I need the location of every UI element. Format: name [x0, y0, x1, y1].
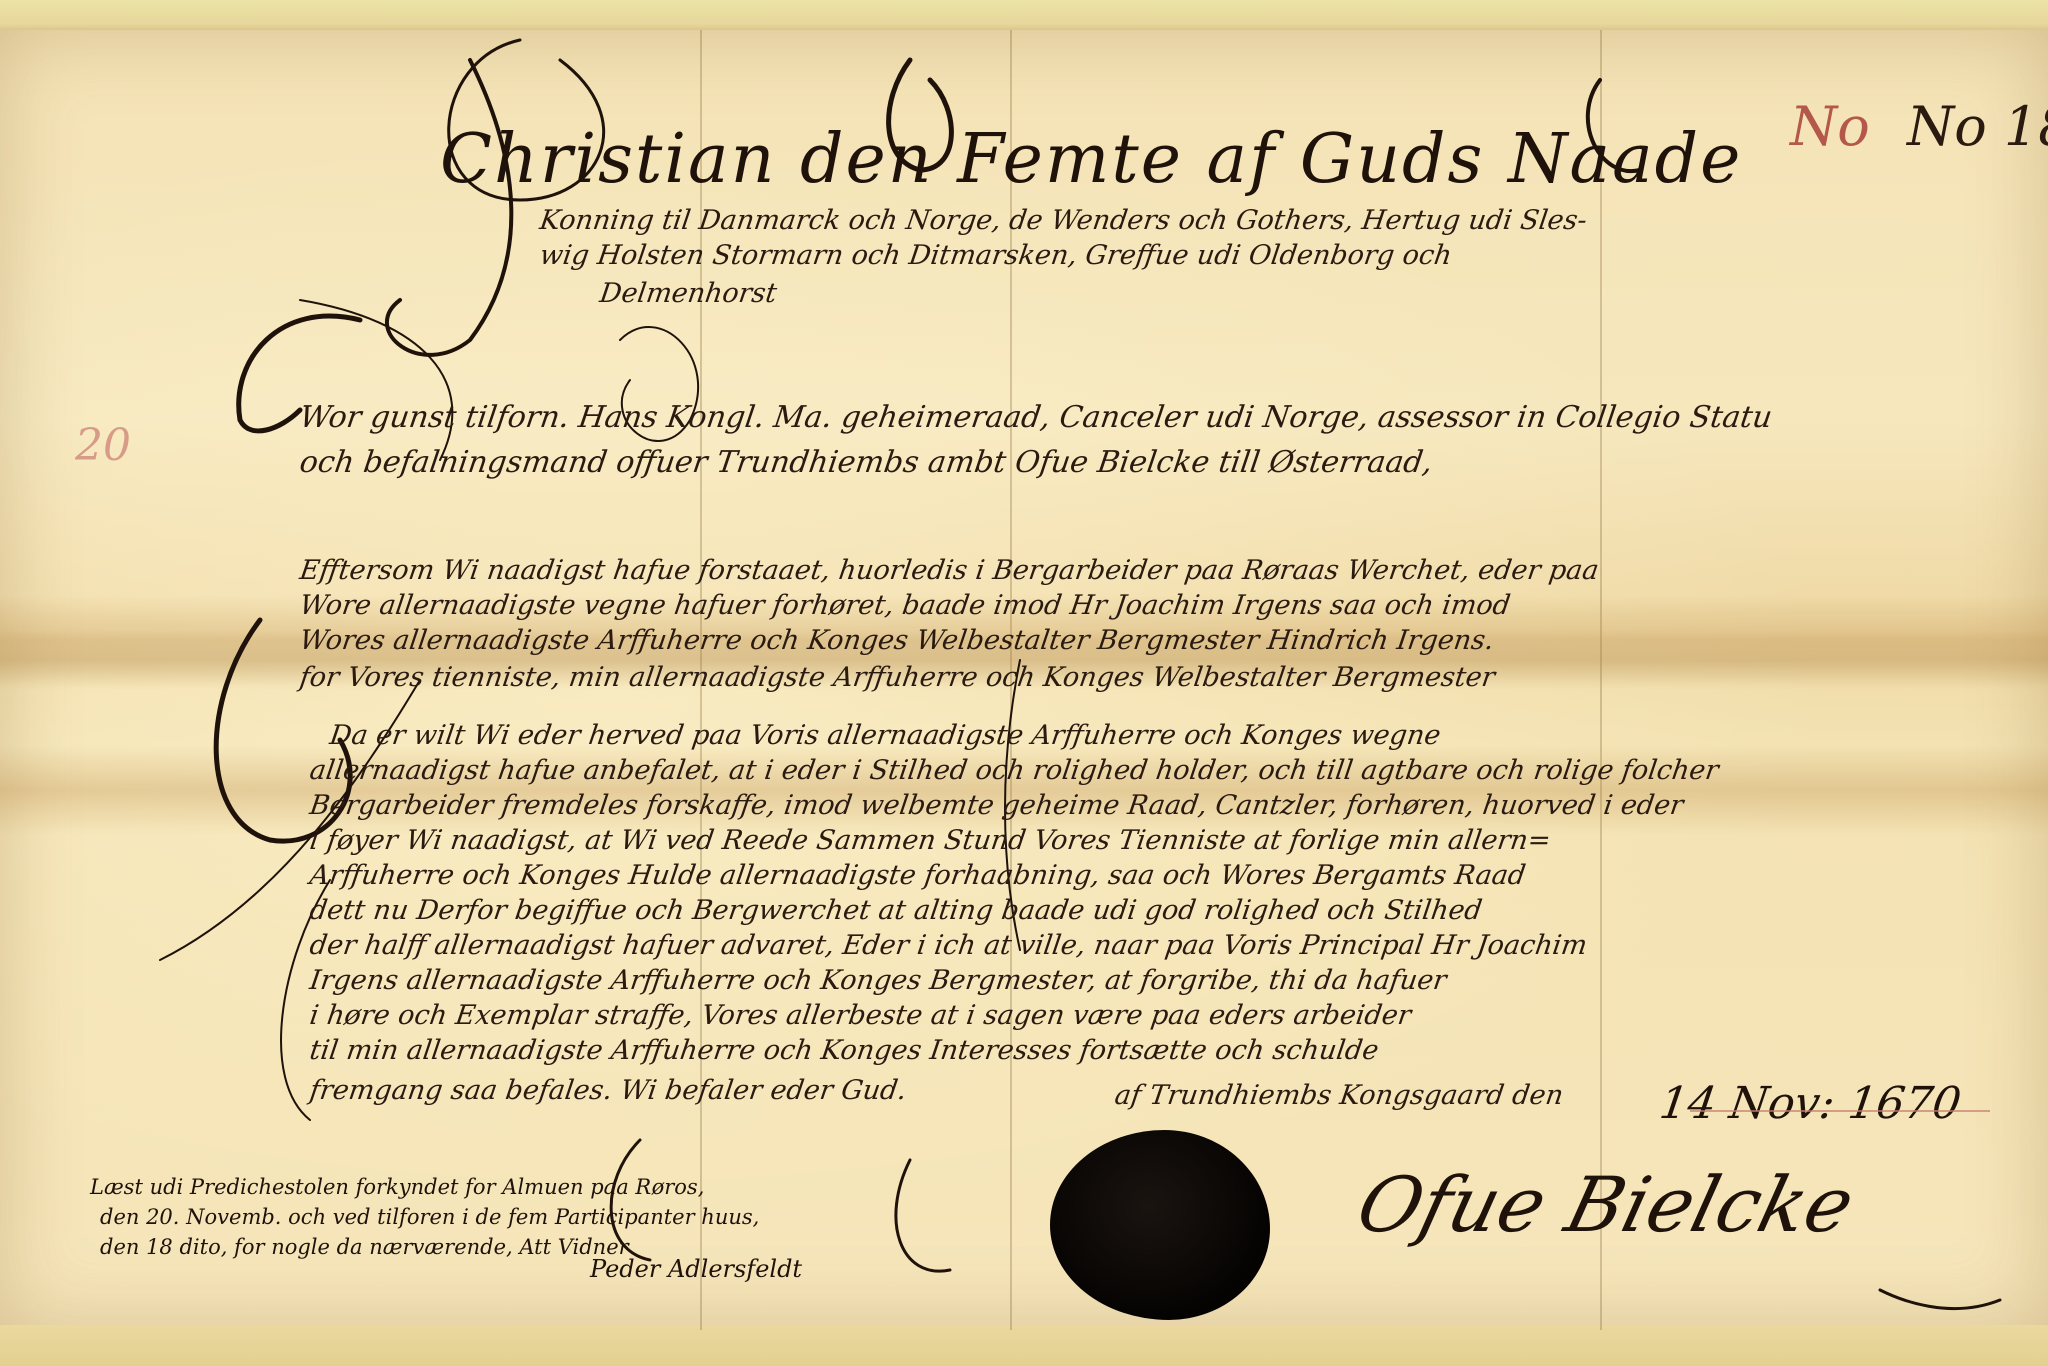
paragraph-line: for Vores tienniste, min allernaadigste …	[298, 662, 1497, 693]
dating-place: af Trundhiembs Kongsgaard den	[1113, 1080, 1565, 1111]
paragraph-line: Bergarbeider fremdeles forskaffe, imod w…	[308, 790, 1686, 821]
dating-date: 14 Nov: 1670	[1656, 1078, 1964, 1129]
endorsement-signature: Peder Adlersfeldt	[590, 1255, 802, 1283]
paragraph-line: i høre och Exemplar straffe, Vores aller…	[308, 1000, 1413, 1031]
archive-reference-red-mark: No	[1790, 95, 1870, 158]
endorsement-line: den 18 dito, for noglе da nærværende, At…	[100, 1235, 629, 1259]
archive-reference-number: No 18.	[1907, 95, 2048, 158]
paragraph-line: Wores allernaadigste Arffuherre och Kong…	[298, 625, 1496, 656]
archive-reference: No No 18.	[1790, 95, 2048, 158]
address-line: Wor gunst tilforn. Hans Kongl. Ma. gehei…	[298, 400, 1775, 435]
paragraph-line: Da er wilt Wi eder herved paa Voris alle…	[328, 720, 1443, 751]
date-underline	[1690, 1110, 1990, 1112]
paragraph-line: til min allernaadigste Arffuherre och Ko…	[308, 1035, 1381, 1066]
paragraph-line: dett nu Derfor begiffue och Bergwerchet …	[308, 895, 1484, 926]
paragraph-line: Irgens allernaadigste Arffuherre och Kon…	[308, 965, 1449, 996]
document-heading: Christian den Femte af Guds Naade	[440, 120, 1742, 199]
intitulatio-line: Konning til Danmarck och Norge, de Wende…	[538, 205, 1589, 236]
intitulatio-line: Delmenhorst	[598, 278, 779, 309]
wax-seal	[1050, 1130, 1270, 1320]
paragraph-line: Wore allernaadigste vegne hafuer forhøre…	[298, 590, 1512, 621]
paragraph-line: Arffuherre och Konges Hulde allernaadigs…	[308, 860, 1528, 891]
paragraph-line: Efftersom Wi naadigst hafue forstaaet, h…	[298, 555, 1601, 586]
paragraph-line: fremgang saa befales. Wi befaler eder Gu…	[308, 1075, 909, 1106]
intitulatio-line: wig Holsten Stormarn och Ditmarsken, Gre…	[538, 240, 1454, 271]
paragraph-line: der halff allernaadigst hafuer advaret, …	[308, 930, 1589, 961]
endorsement-line: den 20. Novemb. och ved tilforen i de fe…	[100, 1205, 759, 1229]
endorsement-line: Læst udi Predichestolen forkyndet for Al…	[90, 1175, 704, 1199]
paragraph-line: i føyer Wi naadigst, at Wi ved Reede Sam…	[308, 825, 1553, 856]
signature: Ofue Bielcke	[1349, 1160, 1863, 1249]
margin-number: 20	[75, 420, 131, 471]
paragraph-line: allernaadigst hafue anbefalet, at i eder…	[308, 755, 1721, 786]
address-line: och befalningsmand offuer Trundhiembs am…	[298, 445, 1435, 480]
